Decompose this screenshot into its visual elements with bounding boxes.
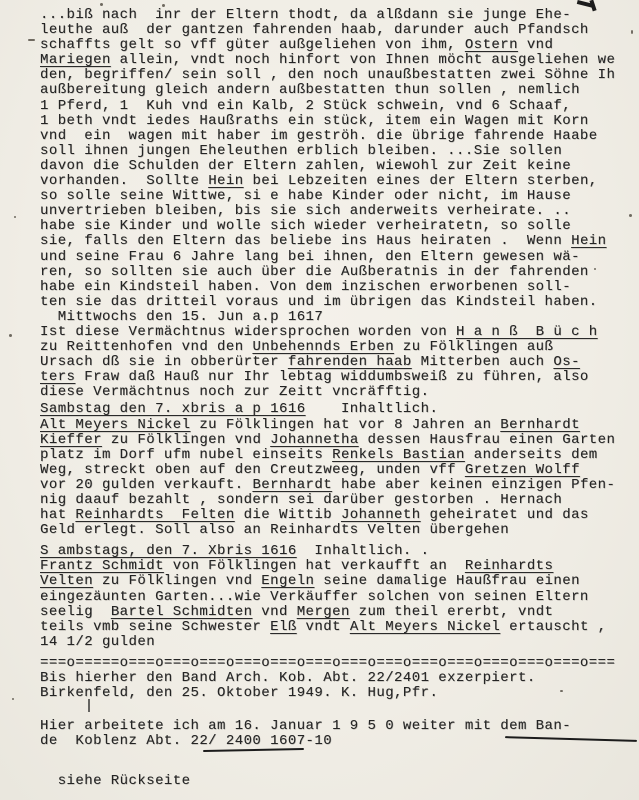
text-line: davon die Schulden der Eltern zahlen, wi…	[40, 159, 639, 174]
text-line: Weg, streckt oben auf den Creutzweeg, un…	[40, 463, 639, 478]
text-segment: 1 Pferd, 1 Kuh vnd ein Kalb, 2 Stück sch…	[40, 99, 571, 114]
document-body: ...biß nach inr der Eltern thodt, da alß…	[0, 0, 639, 790]
text-segment: Bis hierher den Band Arch. Kob. Abt. 22/…	[40, 671, 536, 686]
text-line: leuthe auß der gantzen fahrenden haab, d…	[40, 23, 639, 38]
text-line: hat Reinhardts Felten die Wittib Johanne…	[40, 508, 639, 523]
text-line: habe ein Kindsteil haben. Von dem inzisc…	[40, 280, 639, 295]
line-gap	[40, 749, 639, 774]
text-segment: zu Fölklingen vnd	[102, 433, 270, 448]
text-line: ren, so sollten sie auch über die Außber…	[40, 265, 639, 280]
text-line: vorhanden. Sollte Hein bei Lebzeiten ein…	[40, 174, 639, 189]
text-segment: platz im Dorf ufm nubel einseits	[40, 448, 332, 463]
underlined-text: S ambstags, den 7. Xbris 1616	[40, 544, 297, 559]
underlined-text: Reinhardts Felten	[75, 508, 234, 523]
text-segment: unvertrieben bleiben, bis sie sich ander…	[40, 204, 571, 219]
underlined-text: Frantz Schmidt	[40, 559, 164, 574]
text-line: Hier arbeitete ich am 16. Januar 1 9 5 0…	[40, 719, 639, 734]
text-segment: außbereitung gleich andern außbestatten …	[40, 83, 580, 98]
text-line: Ursach dß sie in obberürter fahrenden ha…	[40, 355, 639, 370]
text-line: Ist diese Vermächtnus widersprochen word…	[40, 325, 639, 340]
text-segment: ertauscht ,	[500, 620, 606, 635]
text-segment: ten sie das dritteil voraus und im übrig…	[40, 295, 598, 310]
scan-speck	[594, 268, 596, 270]
text-line: seelig Bartel Schmidten vnd Mergen zum t…	[40, 605, 639, 620]
text-line: Birkenfeld, den 25. Oktober 1949. K. Hug…	[40, 686, 639, 701]
text-segment: Ist diese Vermächtnus widersprochen word…	[40, 325, 456, 340]
text-segment: vnd	[252, 605, 296, 620]
text-line: ten sie das dritteil voraus und im übrig…	[40, 295, 639, 310]
scan-speck	[9, 334, 12, 337]
text-segment: habe sie Kinder und wolle sich wieder ve…	[40, 219, 571, 234]
underlined-text: Gretzen Wolff	[465, 463, 580, 478]
text-line: schaffts gelt so vff güter außgeliehen v…	[40, 38, 639, 53]
scan-speck	[100, 3, 103, 6]
text-segment: vnd ein wagen mit haber im geströh. die …	[40, 129, 598, 144]
scan-speck	[162, 4, 165, 7]
underlined-text: Ostern	[465, 38, 518, 53]
text-segment: so solle seine Wittwe, si e habe Kinder …	[40, 189, 571, 204]
text-line: eingezäunten Garten...wie Verkäuffer sol…	[40, 590, 639, 605]
text-line: so solle seine Wittwe, si e habe Kinder …	[40, 189, 639, 204]
text-segment: den, begriffen/ sein soll , den noch una…	[40, 68, 615, 83]
underlined-text: Alt Meyers Nickel	[40, 418, 190, 433]
underlined-text: Kieffer	[40, 433, 102, 448]
text-segment: davon die Schulden der Eltern zahlen, wi…	[40, 159, 571, 174]
text-segment: Geld erlegt. Soll also an Reinhardts Vel…	[40, 523, 509, 538]
text-segment: habe ein Kindsteil haben. Von dem inzisc…	[40, 280, 571, 295]
text-segment: vnd	[518, 38, 553, 53]
text-segment: eingezäunten Garten...wie Verkäuffer sol…	[40, 590, 589, 605]
text-line: Mittwochs den 15. Jun a.p 1617	[40, 310, 639, 325]
text-segment: zu Fölklingen hat vor 8 Jahren an	[190, 418, 500, 433]
text-segment: hat	[40, 508, 75, 523]
text-line: Mariegen allein, vndt noch hinfort von I…	[40, 53, 639, 68]
text-segment: ...biß nach inr der Eltern thodt, da alß…	[40, 8, 571, 23]
text-line: ters Fraw daß Hauß nur Ihr lebtag widdum…	[40, 370, 639, 385]
underlined-text: Bernhardt	[500, 418, 580, 433]
text-line: sie, falls den Eltern das beliebe ins Ha…	[40, 234, 639, 249]
underlined-text: Mariegen	[40, 53, 111, 68]
underlined-text: Reinhardts	[465, 559, 554, 574]
text-segment: sie, falls den Eltern das beliebe ins Ha…	[40, 234, 571, 249]
underlined-text: Velten	[40, 574, 93, 589]
line-gap	[40, 701, 639, 719]
underlined-text: Alt Meyers Nickel	[350, 620, 500, 635]
text-segment: dessen Hausfrau einen Garten	[359, 433, 616, 448]
scan-speck	[560, 690, 563, 692]
text-line: teils vmb seine Schwester Elß vndt Alt M…	[40, 620, 639, 635]
text-line: Geld erlegt. Soll also an Reinhardts Vel…	[40, 523, 639, 538]
text-segment: habe aber keinen einzigen Pfen-	[332, 478, 615, 493]
text-segment: Fraw daß Hauß nur Ihr lebtag widdumbswei…	[75, 370, 588, 385]
text-line: S ambstags, den 7. Xbris 1616 Inhaltlich…	[40, 544, 639, 559]
text-segment: bei Lebzeiten eines der Eltern sterben,	[244, 174, 598, 189]
text-segment: allein, vndt noch hinfort von Ihnen möch…	[111, 53, 616, 68]
text-segment: ren, so sollten sie auch über die Außber…	[40, 265, 589, 280]
text-segment: 14 1/2 gulden	[40, 635, 155, 650]
text-line: außbereitung gleich andern außbestatten …	[40, 83, 639, 98]
underlined-text: Elß	[270, 620, 297, 635]
text-line: 14 1/2 gulden	[40, 635, 639, 650]
text-segment: seine damalige Haußfrau einen	[314, 574, 580, 589]
text-segment: Inhaltlich.	[306, 402, 439, 417]
underlined-text: Hein	[208, 174, 243, 189]
underlined-text: Johannetha	[270, 433, 359, 448]
scan-speck	[12, 698, 14, 700]
text-segment: zu Reittenhofen vnd den	[40, 340, 252, 355]
text-segment: vndt	[297, 620, 350, 635]
text-line: Velten zu Fölklingen vnd Engeln seine da…	[40, 574, 639, 589]
text-line: unvertrieben bleiben, bis sie sich ander…	[40, 204, 639, 219]
text-segment: vor 20 gulden verkauft.	[40, 478, 252, 493]
text-segment: zu Fölklingen vnd	[93, 574, 261, 589]
text-segment: Birkenfeld, den 25. Oktober 1949. K. Hug…	[40, 686, 438, 701]
scan-speck	[631, 30, 633, 34]
underlined-text: Johanneth	[341, 508, 421, 523]
text-line: vor 20 gulden verkauft. Bernhardt habe a…	[40, 478, 639, 493]
text-line: Bis hierher den Band Arch. Kob. Abt. 22/…	[40, 671, 639, 686]
underlined-text: Sambstag den 7. xbris a p 1616	[40, 402, 306, 417]
text-segment: 1 beth vndt iedes Haußraths ein stück, i…	[40, 114, 589, 129]
text-segment: vorhanden. Sollte	[40, 174, 208, 189]
text-segment: zum theil ererbt, vndt	[350, 605, 554, 620]
text-segment: und seine Frau 6 Jahre lang bei ihnen, d…	[40, 250, 580, 265]
text-segment: Inhaltlich. .	[297, 544, 430, 559]
underlined-text: Os-	[553, 355, 580, 370]
text-segment: leuthe auß der gantzen fahrenden haab, d…	[40, 23, 589, 38]
text-line: vnd ein wagen mit haber im geströh. die …	[40, 129, 639, 144]
text-line: nig daauf bezahlt , sondern sei darüber …	[40, 493, 639, 508]
text-line: zu Reittenhofen vnd den Unbehennds Erben…	[40, 340, 639, 355]
text-segment: diese Vermächtnus noch zur Zeitt vncräff…	[40, 385, 429, 400]
text-line: siehe Rückseite	[40, 774, 639, 789]
text-segment: teils vmb seine Schwester	[40, 620, 270, 635]
text-line: diese Vermächtnus noch zur Zeitt vncräff…	[40, 385, 639, 400]
text-segment: Ursach dß sie in obberürter	[40, 355, 288, 370]
underlined-text: Engeln	[261, 574, 314, 589]
text-line: 1 Pferd, 1 Kuh vnd ein Kalb, 2 Stück sch…	[40, 99, 639, 114]
text-segment: zu Fölklingen auß	[394, 340, 553, 355]
text-segment: Mitterben auch	[412, 355, 554, 370]
text-segment: die Wittib	[235, 508, 341, 523]
text-segment: siehe Rückseite	[40, 774, 190, 789]
text-segment: ===o=====o===o===o===o===o===o===o===o==…	[40, 656, 615, 671]
text-line: Kieffer zu Fölklingen vnd Johannetha des…	[40, 433, 639, 448]
text-line: habe sie Kinder und wolle sich wieder ve…	[40, 219, 639, 234]
text-line: Frantz Schmidt von Fölklingen hat verkau…	[40, 559, 639, 574]
text-segment: schaffts gelt so vff güter außgeliehen v…	[40, 38, 465, 53]
scan-speck	[629, 214, 632, 217]
text-segment: nig daauf bezahlt , sondern sei darüber …	[40, 493, 562, 508]
text-segment: von Fölklingen hat verkaufft an	[164, 559, 465, 574]
scan-speck	[28, 39, 35, 41]
text-segment: Weg, streckt oben auf den Creutzweeg, un…	[40, 463, 465, 478]
underlined-text: fahrenden haab	[288, 355, 412, 370]
text-line: ...biß nach inr der Eltern thodt, da alß…	[40, 8, 639, 23]
underlined-text: ters	[40, 370, 75, 385]
text-segment: geheiratet und das	[421, 508, 589, 523]
text-line: den, begriffen/ sein soll , den noch una…	[40, 68, 639, 83]
underlined-text: Bartel Schmidten	[111, 605, 253, 620]
text-segment: de Koblenz Abt. 22/ 2400 1607-10	[40, 734, 332, 749]
underlined-text: Renkels Bastian	[332, 448, 465, 463]
text-line: Alt Meyers Nickel zu Fölklingen hat vor …	[40, 418, 639, 433]
text-line: soll ihnen jungen Eheleuthen erblich ble…	[40, 144, 639, 159]
scanned-document-page: ...biß nach inr der Eltern thodt, da alß…	[0, 0, 639, 800]
text-segment: Hier arbeitete ich am 16. Januar 1 9 5 0…	[40, 719, 571, 734]
text-segment: soll ihnen jungen Eheleuthen erblich ble…	[40, 144, 562, 159]
text-segment: seelig	[40, 605, 111, 620]
underlined-text: Unbehennds Erben	[252, 340, 394, 355]
underlined-text: Bernhardt	[252, 478, 332, 493]
underlined-text: H a n ß B ü c h	[456, 325, 598, 340]
text-segment: Mittwochs den 15. Jun a.p 1617	[40, 310, 323, 325]
text-line: platz im Dorf ufm nubel einseits Renkels…	[40, 448, 639, 463]
scan-speck	[14, 216, 16, 218]
underlined-text: Hein	[571, 234, 606, 249]
text-segment: anderseits dem	[465, 448, 598, 463]
text-line: und seine Frau 6 Jahre lang bei ihnen, d…	[40, 250, 639, 265]
text-line: 1 beth vndt iedes Haußraths ein stück, i…	[40, 114, 639, 129]
text-line: ===o=====o===o===o===o===o===o===o===o==…	[40, 656, 639, 671]
text-line: Sambstag den 7. xbris a p 1616 Inhaltlic…	[40, 402, 639, 417]
pen-tick-mark	[88, 699, 90, 712]
underlined-text: Mergen	[297, 605, 350, 620]
